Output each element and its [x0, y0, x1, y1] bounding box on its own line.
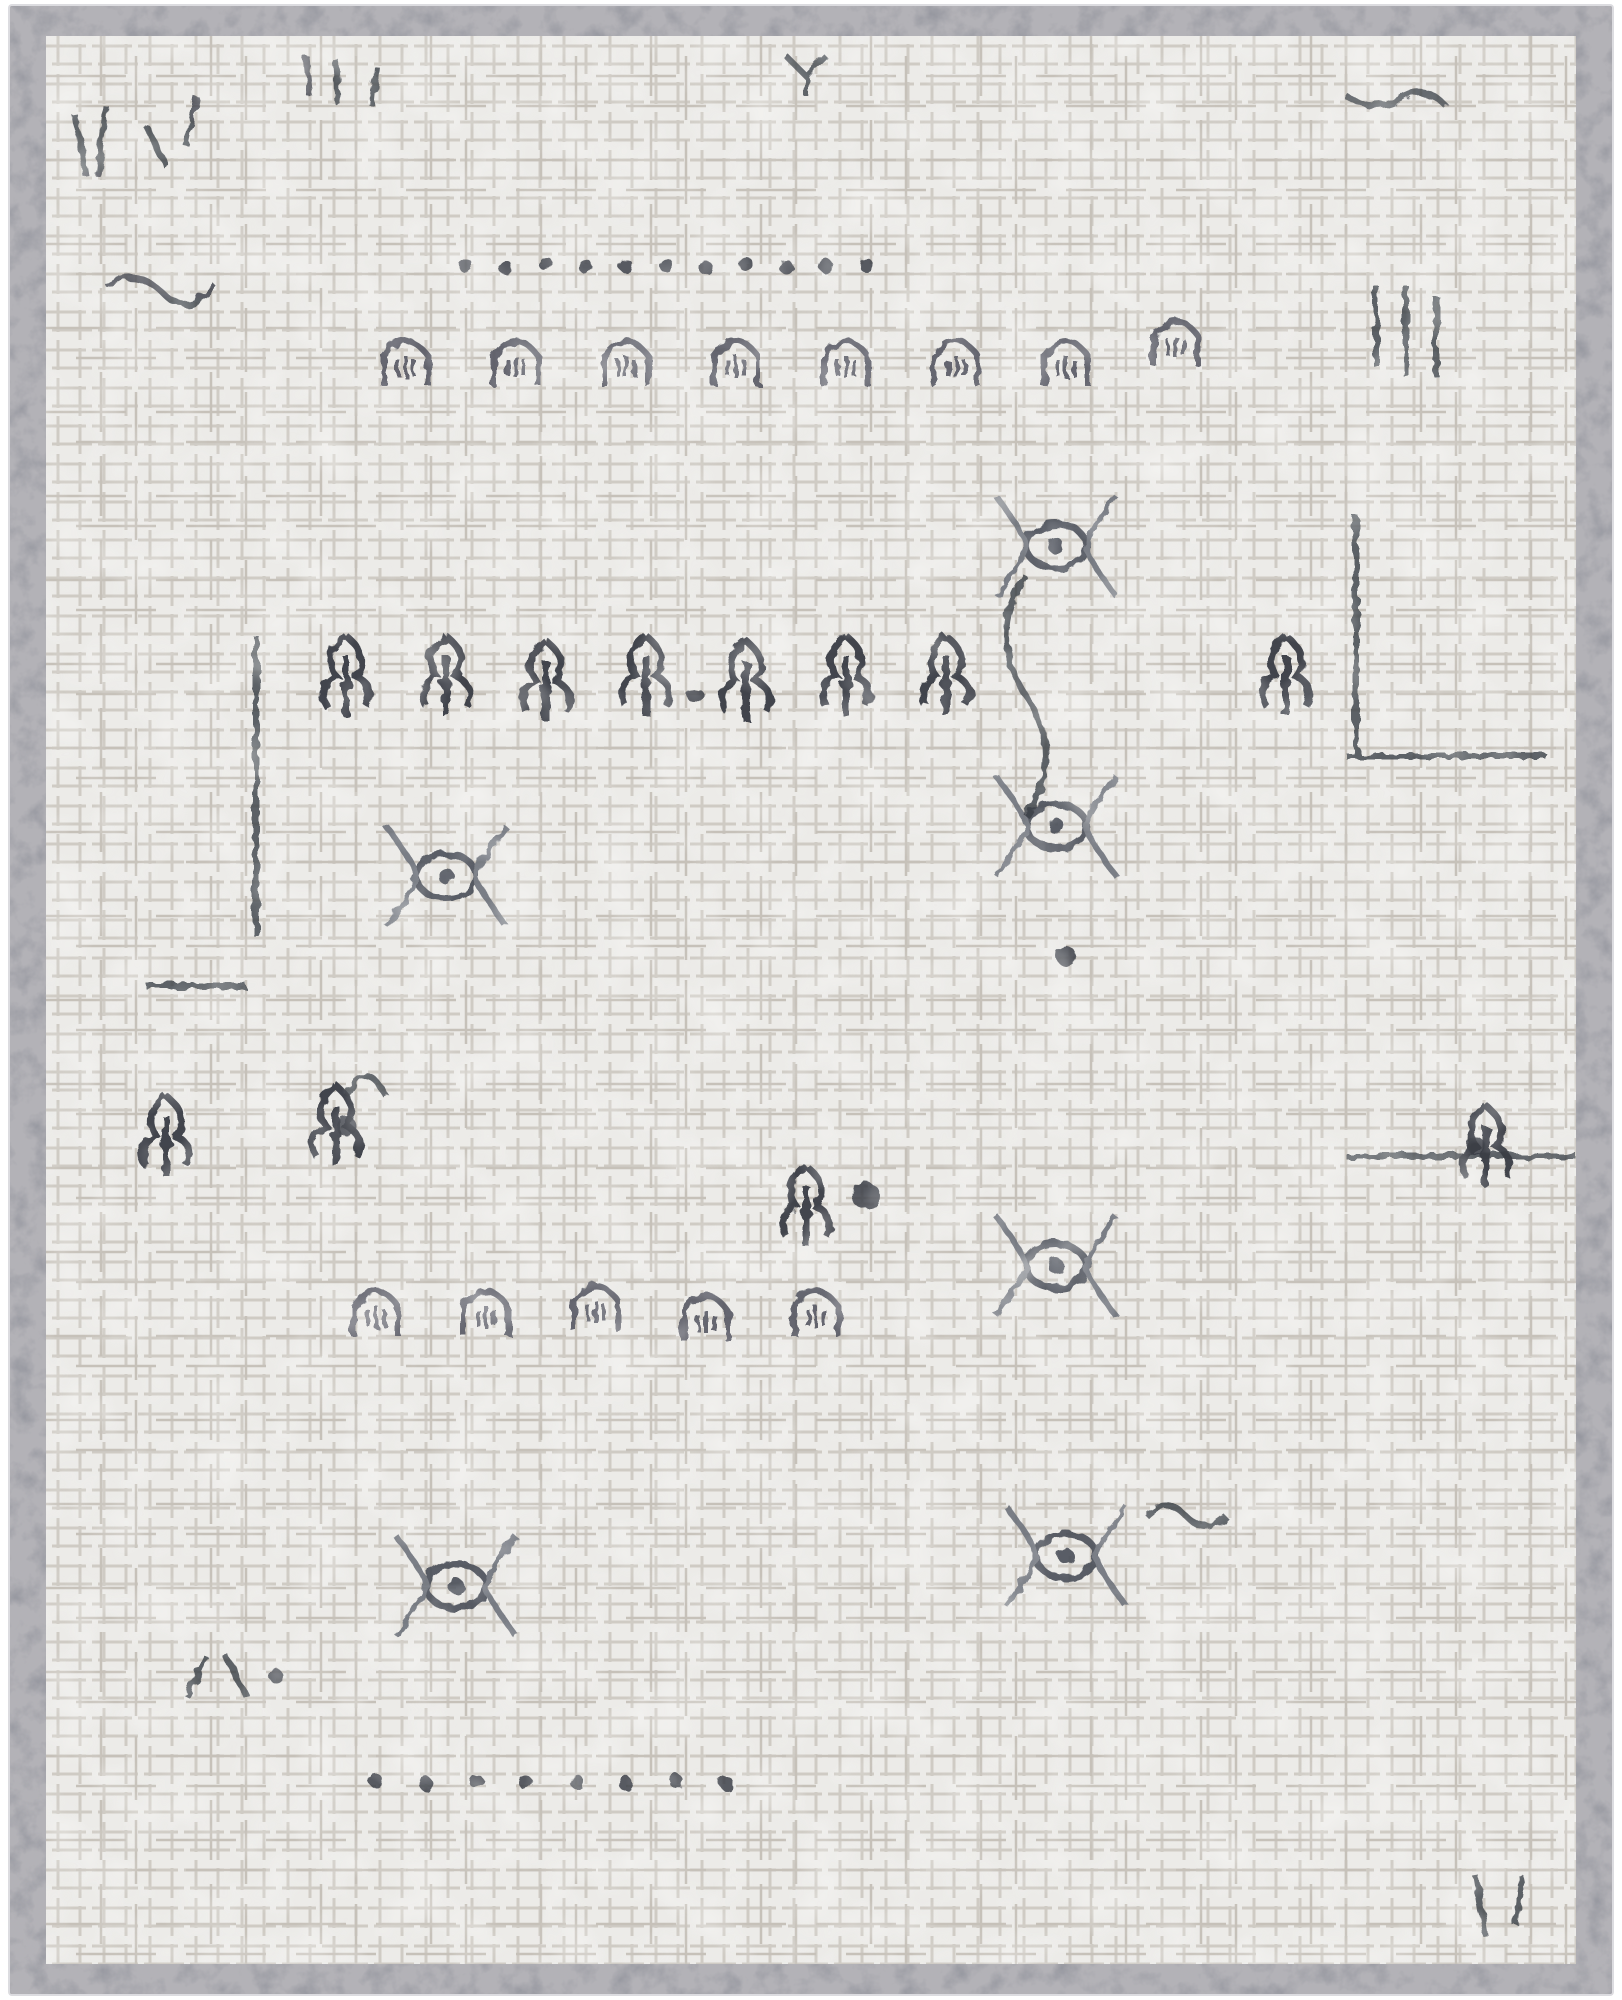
rug-pattern: [46, 36, 1576, 1964]
wear-highlights: [46, 36, 1576, 1964]
rug: [10, 6, 1612, 1994]
rug-field: [46, 36, 1576, 1964]
